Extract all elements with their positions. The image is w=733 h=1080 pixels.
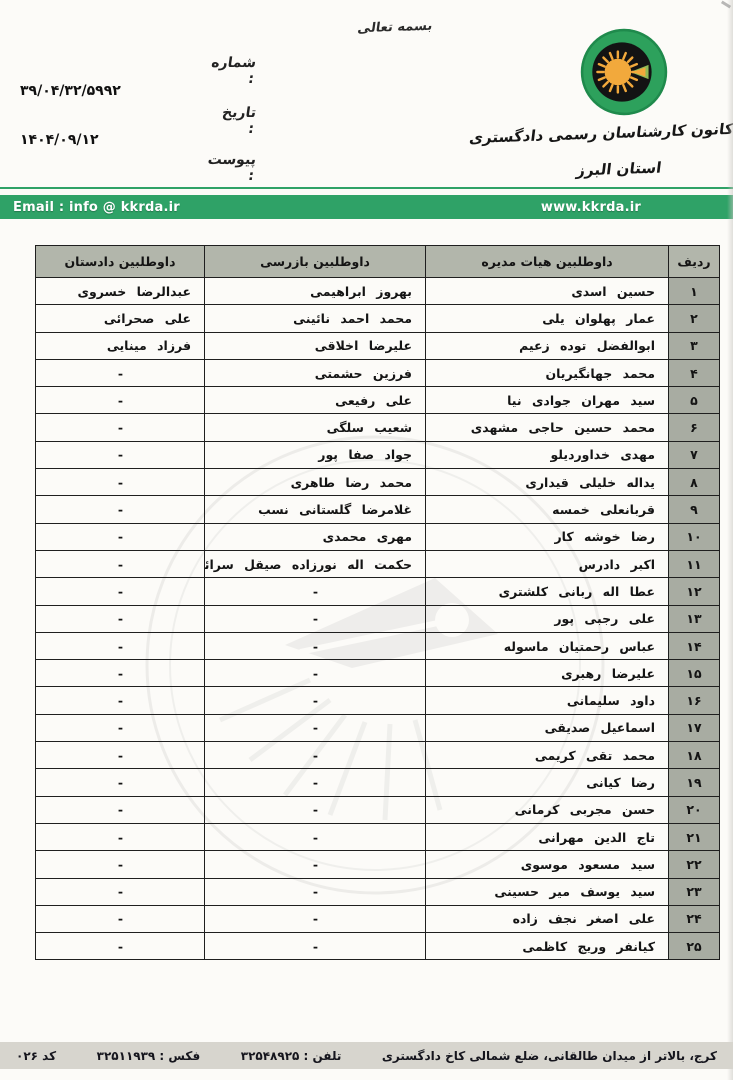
table-header-row: ردیف داوطلبین هیات مدیره داوطلبین بازرسی…	[36, 246, 720, 278]
row-number-cell: ۳	[669, 332, 720, 359]
prosecutor-candidate-cell: علی صحرائی	[36, 305, 205, 332]
row-number-cell: ۲۲	[669, 851, 720, 878]
number-label: شماره :	[201, 55, 257, 87]
table-row: ۲۴ علی اصغر نجف زاده - -	[36, 905, 720, 932]
table-row: ۶ محمد حسین حاجی مشهدی شعیب سلگی -	[36, 414, 720, 441]
row-number-cell: ۲	[669, 305, 720, 332]
prosecutor-candidate-cell: -	[36, 414, 205, 441]
contact-banner: Email : info @ kkrda.ir www.kkrda.ir	[0, 195, 733, 219]
prosecutor-candidate-cell: -	[36, 469, 205, 496]
table-row: ۱۵ علیرضا رهبری - -	[36, 660, 720, 687]
inspection-candidate-cell: -	[205, 823, 426, 850]
inspection-candidate-cell: محمد رضا طاهری	[205, 469, 426, 496]
footer-bar: کرج، بالاتر از میدان طالقانی، ضلع شمالی …	[0, 1042, 733, 1069]
date-value: ۱۴۰۴/۰۹/۱۲	[20, 132, 135, 148]
table-row: ۳ ابوالفضل توده زعیم علیرضا اخلاقی فرزاد…	[36, 332, 720, 359]
board-candidate-cell: یداله خلیلی قیداری	[426, 469, 669, 496]
inspection-candidate-cell: غلامرضا گلستانی نسب	[205, 496, 426, 523]
board-candidate-cell: علی اصغر نجف زاده	[426, 905, 669, 932]
table-row: ۵ سید مهران جوادی نیا علی رفیعی -	[36, 387, 720, 414]
website-text: www.kkrda.ir	[541, 200, 641, 215]
inspection-candidate-cell: حکمت اله نورزاده صیقل سرائی	[205, 550, 426, 577]
inspection-candidate-cell: -	[205, 632, 426, 659]
prosecutor-candidate-cell: -	[36, 796, 205, 823]
row-number-cell: ۱۳	[669, 605, 720, 632]
board-candidate-cell: قربانعلی خمسه	[426, 496, 669, 523]
row-number-cell: ۱۰	[669, 523, 720, 550]
prosecutor-candidate-cell: -	[36, 632, 205, 659]
header-inspection-candidates: داوطلبین بازرسی	[205, 246, 426, 278]
fax-value: ۳۲۵۱۱۹۳۹	[97, 1049, 156, 1063]
prosecutor-candidate-cell: -	[36, 905, 205, 932]
inspection-candidate-cell: -	[205, 796, 426, 823]
attachment-label: پیوست :	[201, 152, 257, 184]
board-candidate-cell: سید یوسف میر حسینی	[426, 878, 669, 905]
board-candidate-cell: سید مسعود موسوی	[426, 851, 669, 878]
association-logo-icon	[579, 27, 669, 117]
table-row: ۱۸ محمد تقی کریمی - -	[36, 742, 720, 769]
board-candidate-cell: داود سلیمانی	[426, 687, 669, 714]
inspection-candidate-cell: جواد صفا پور	[205, 441, 426, 468]
header-prosecutor-candidates: داوطلبین دادستان	[36, 246, 205, 278]
email-text: Email : info @ kkrda.ir	[13, 200, 180, 215]
table-row: ۱۰ رضا خوشه کار مهری محمدی -	[36, 523, 720, 550]
inspection-candidate-cell: -	[205, 933, 426, 960]
org-name: کانون کارشناسان رسمی دادگستری	[492, 120, 733, 146]
row-number-cell: ۲۰	[669, 796, 720, 823]
row-number-cell: ۲۱	[669, 823, 720, 850]
table-row: ۱۶ داود سلیمانی - -	[36, 687, 720, 714]
prosecutor-candidate-cell: -	[36, 441, 205, 468]
prosecutor-candidate-cell: -	[36, 851, 205, 878]
prosecutor-candidate-cell: -	[36, 523, 205, 550]
row-number-cell: ۱۷	[669, 714, 720, 741]
footer-address: کرج، بالاتر از میدان طالقانی، ضلع شمالی …	[382, 1049, 717, 1063]
board-candidate-cell: علیرضا رهبری	[426, 660, 669, 687]
row-number-cell: ۲۴	[669, 905, 720, 932]
inspection-candidate-cell: -	[205, 769, 426, 796]
inspection-candidate-cell: مهری محمدی	[205, 523, 426, 550]
table-row: ۱۷ اسماعیل صدیقی - -	[36, 714, 720, 741]
board-candidate-cell: مهدی خداوردیلو	[426, 441, 669, 468]
row-number-cell: ۱۲	[669, 578, 720, 605]
prosecutor-candidate-cell: -	[36, 387, 205, 414]
number-value: ۳۹/۰۴/۳۲/۵۹۹۲	[20, 83, 155, 99]
table-row: ۲۲ سید مسعود موسوی - -	[36, 851, 720, 878]
board-candidate-cell: محمد تقی کریمی	[426, 742, 669, 769]
prosecutor-candidate-cell: -	[36, 933, 205, 960]
row-number-cell: ۲۳	[669, 878, 720, 905]
row-number-cell: ۵	[669, 387, 720, 414]
row-number-cell: ۱۶	[669, 687, 720, 714]
board-candidate-cell: عباس رحمتیان ماسوله	[426, 632, 669, 659]
prosecutor-candidate-cell: -	[36, 605, 205, 632]
inspection-candidate-cell: -	[205, 878, 426, 905]
table-row: ۱۴ عباس رحمتیان ماسوله - -	[36, 632, 720, 659]
prosecutor-candidate-cell: -	[36, 687, 205, 714]
footer-phone: تلفن : ۳۲۵۴۸۹۲۵	[241, 1049, 342, 1063]
inspection-candidate-cell: -	[205, 578, 426, 605]
table-row: ۴ محمد جهانگیریان فرزین حشمتی -	[36, 359, 720, 386]
table-row: ۲۳ سید یوسف میر حسینی - -	[36, 878, 720, 905]
prosecutor-candidate-cell: -	[36, 823, 205, 850]
table-row: ۱۲ عطا اله ربانی کلشتری - -	[36, 578, 720, 605]
org-province: استان البرز	[532, 157, 705, 181]
table-row: ۱۱ اکبر دادرس حکمت اله نورزاده صیقل سرائ…	[36, 550, 720, 577]
prosecutor-candidate-cell: -	[36, 578, 205, 605]
prosecutor-candidate-cell: -	[36, 359, 205, 386]
table-row: ۷ مهدی خداوردیلو جواد صفا پور -	[36, 441, 720, 468]
row-number-cell: ۱۵	[669, 660, 720, 687]
inspection-candidate-cell: -	[205, 905, 426, 932]
board-candidate-cell: محمد حسین حاجی مشهدی	[426, 414, 669, 441]
inspection-candidate-cell: -	[205, 742, 426, 769]
inspection-candidate-cell: علی رفیعی	[205, 387, 426, 414]
board-candidate-cell: عمار پهلوان یلی	[426, 305, 669, 332]
board-candidate-cell: حسین اسدی	[426, 278, 669, 305]
inspection-candidate-cell: -	[205, 714, 426, 741]
bismillah-text: بسمه تعالی	[329, 18, 462, 38]
prosecutor-candidate-cell: -	[36, 660, 205, 687]
prosecutor-candidate-cell: -	[36, 550, 205, 577]
prosecutor-candidate-cell: -	[36, 714, 205, 741]
phone-label: تلفن :	[304, 1049, 342, 1063]
board-candidate-cell: علی رجبی پور	[426, 605, 669, 632]
inspection-candidate-cell: بهروز ابراهیمی	[205, 278, 426, 305]
table-row: ۲۱ تاج الدین مهرانی - -	[36, 823, 720, 850]
board-candidate-cell: تاج الدین مهرانی	[426, 823, 669, 850]
board-candidate-cell: حسن مجربی کرمانی	[426, 796, 669, 823]
prosecutor-candidate-cell: عبدالرضا خسروی	[36, 278, 205, 305]
fax-label: فکس :	[159, 1049, 200, 1063]
row-number-cell: ۱۴	[669, 632, 720, 659]
board-candidate-cell: سید مهران جوادی نیا	[426, 387, 669, 414]
prosecutor-candidate-cell: -	[36, 496, 205, 523]
inspection-candidate-cell: -	[205, 851, 426, 878]
header-board-candidates: داوطلبین هیات مدیره	[426, 246, 669, 278]
board-candidate-cell: اکبر دادرس	[426, 550, 669, 577]
inspection-candidate-cell: -	[205, 687, 426, 714]
board-candidate-cell: عطا اله ربانی کلشتری	[426, 578, 669, 605]
inspection-candidate-cell: -	[205, 660, 426, 687]
inspection-candidate-cell: محمد احمد نائینی	[205, 305, 426, 332]
board-candidate-cell: رضا کیانی	[426, 769, 669, 796]
table-row: ۲۰ حسن مجربی کرمانی - -	[36, 796, 720, 823]
row-number-cell: ۱۱	[669, 550, 720, 577]
table-row: ۱ حسین اسدی بهروز ابراهیمی عبدالرضا خسرو…	[36, 278, 720, 305]
row-number-cell: ۱۸	[669, 742, 720, 769]
code-value: ۰۲۶	[16, 1049, 38, 1063]
date-label: تاریخ :	[209, 105, 257, 137]
row-number-cell: ۸	[669, 469, 720, 496]
table-row: ۱۳ علی رجبی پور - -	[36, 605, 720, 632]
board-candidate-cell: رضا خوشه کار	[426, 523, 669, 550]
table-row: ۸ یداله خلیلی قیداری محمد رضا طاهری -	[36, 469, 720, 496]
row-number-cell: ۷	[669, 441, 720, 468]
header-row-number: ردیف	[669, 246, 720, 278]
banner-top-rule	[0, 187, 733, 189]
table-row: ۲۵ کیانفر وریج کاظمی - -	[36, 933, 720, 960]
board-candidate-cell: کیانفر وریج کاظمی	[426, 933, 669, 960]
table-row: ۹ قربانعلی خمسه غلامرضا گلستانی نسب -	[36, 496, 720, 523]
candidates-table: ردیف داوطلبین هیات مدیره داوطلبین بازرسی…	[35, 245, 720, 960]
footer-fax: فکس : ۳۲۵۱۱۹۳۹	[97, 1049, 201, 1063]
row-number-cell: ۴	[669, 359, 720, 386]
prosecutor-candidate-cell: فرزاد مینایی	[36, 332, 205, 359]
row-number-cell: ۶	[669, 414, 720, 441]
table-row: ۱۹ رضا کیانی - -	[36, 769, 720, 796]
code-label: کد	[42, 1049, 56, 1063]
board-candidate-cell: ابوالفضل توده زعیم	[426, 332, 669, 359]
row-number-cell: ۱۹	[669, 769, 720, 796]
table-row: ۲ عمار پهلوان یلی محمد احمد نائینی علی ص…	[36, 305, 720, 332]
inspection-candidate-cell: علیرضا اخلاقی	[205, 332, 426, 359]
scan-edge-shade	[727, 0, 733, 1080]
inspection-candidate-cell: -	[205, 605, 426, 632]
row-number-cell: ۲۵	[669, 933, 720, 960]
prosecutor-candidate-cell: -	[36, 878, 205, 905]
inspection-candidate-cell: شعیب سلگی	[205, 414, 426, 441]
phone-value: ۳۲۵۴۸۹۲۵	[241, 1049, 300, 1063]
inspection-candidate-cell: فرزین حشمتی	[205, 359, 426, 386]
row-number-cell: ۹	[669, 496, 720, 523]
board-candidate-cell: اسماعیل صدیقی	[426, 714, 669, 741]
board-candidate-cell: محمد جهانگیریان	[426, 359, 669, 386]
prosecutor-candidate-cell: -	[36, 769, 205, 796]
row-number-cell: ۱	[669, 278, 720, 305]
footer-code: کد ۰۲۶	[16, 1049, 56, 1063]
prosecutor-candidate-cell: -	[36, 742, 205, 769]
